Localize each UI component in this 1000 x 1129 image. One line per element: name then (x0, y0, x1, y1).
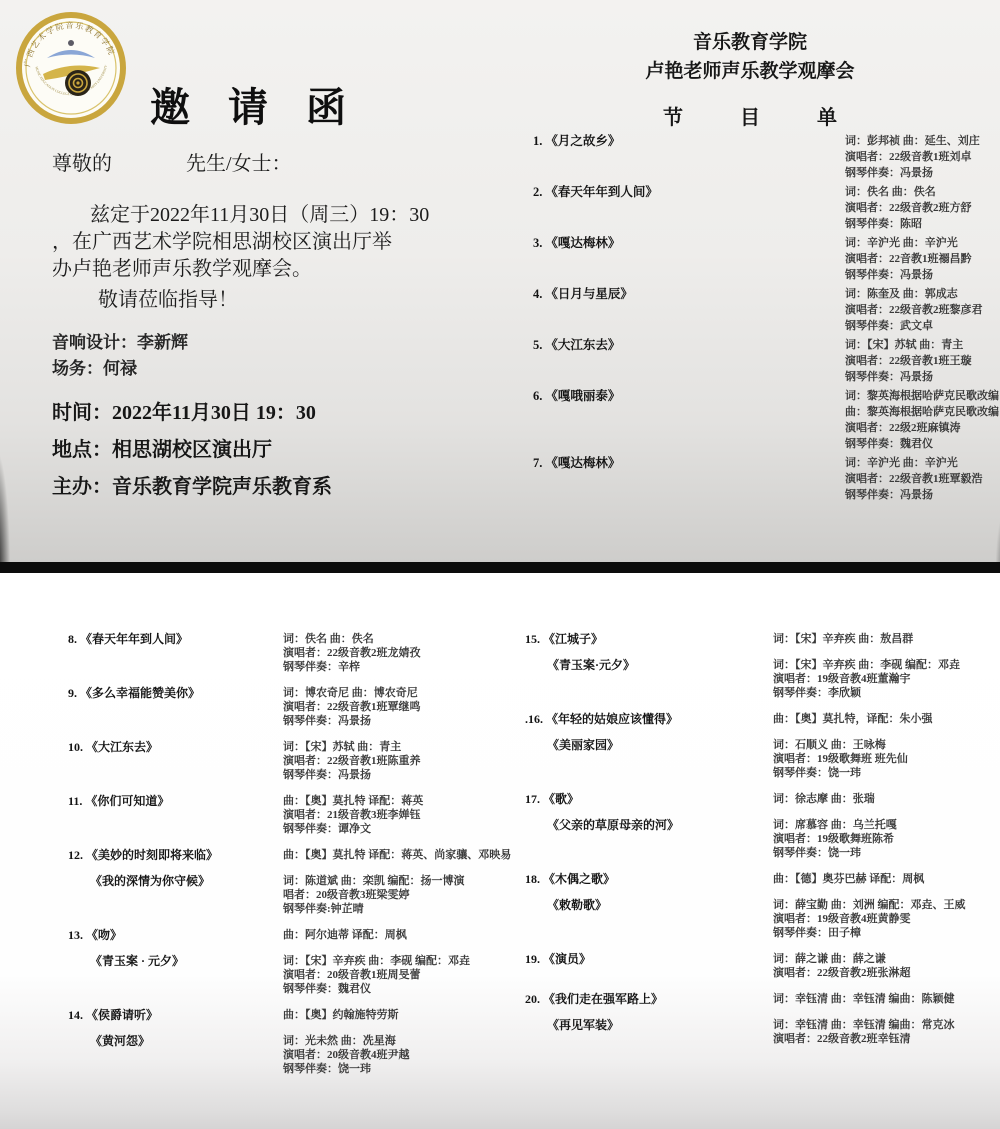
song-title: 《大江东去》 (86, 740, 158, 754)
program-items-15-20: 15.《江城子》词：【宋】辛弃疾 曲：敖昌群《青玉案·元夕》词：【宋】辛弃疾 曲… (510, 632, 998, 1058)
song-title-cell: 《青玉案 · 元夕》 (50, 954, 283, 969)
song-row: 20.《我们走在强军路上》词：幸钰清 曲：幸钰清 编曲：陈颖健 (510, 992, 998, 1007)
program-item: 20.《我们走在强军路上》词：幸钰清 曲：幸钰清 编曲：陈颖健《再见军装》词：幸… (510, 992, 998, 1046)
song-row: 15.《江城子》词：【宋】辛弃疾 曲：敖昌群 (510, 632, 998, 647)
program-item: 6.《嘎哦丽泰》词：黎英海根据哈萨克民歌改编曲：黎英海根据哈萨克民歌改编演唱者：… (500, 388, 998, 452)
song-details: 曲：【奥】莫扎特 译配：蒋英、尚家骧、邓映易 (283, 848, 520, 862)
song-row: 12.《美妙的时刻即将来临》曲：【奥】莫扎特 译配：蒋英、尚家骧、邓映易 (50, 848, 520, 863)
detail-line: 演唱者：22级音教1班陈重养 (283, 754, 520, 768)
detail-line: 演唱者：20级音教1班周旻蕾 (283, 968, 520, 982)
song-title-cell: 6.《嘎哦丽泰》 (500, 388, 845, 404)
song-row: 1.《月之故乡》词：彭邦祯 曲：延生、刘庄演唱者：22级音教1班刘卓钢琴伴奏：冯… (500, 133, 998, 181)
song-title-cell: 《黄河怨》 (50, 1034, 283, 1049)
song-title-cell: 17.《歌》 (510, 792, 773, 807)
program-item: 2.《春天年年到人间》词：佚名 曲：佚名演唱者：22级音教2班方舒钢琴伴奏：陈昭 (500, 184, 998, 232)
detail-line: 钢琴伴奏：冯景扬 (845, 487, 998, 503)
detail-line: 演唱者：22级音教2班黎彦君 (845, 302, 998, 318)
song-row: 3.《嘎达梅林》词：辛沪光 曲：辛沪光演唱者：22音教1班禤昌黔钢琴伴奏：冯景扬 (500, 235, 998, 283)
song-title-cell: 14.《侯爵请听》 (50, 1008, 283, 1023)
detail-line: 词：辛沪光 曲：辛沪光 (845, 455, 998, 471)
detail-line: 演唱者：19级音教4班黄静雯 (773, 912, 998, 926)
song-row: 《青玉案·元夕》词：【宋】辛弃疾 曲：李砚 编配：邓垚演唱者：19级音教4班董瀚… (510, 658, 998, 700)
song-title-cell: 《我的深情为你守候》 (50, 874, 283, 889)
program-item: 18.《木偶之歌》曲：【德】奥芬巴赫 译配：周枫《敕勒歌》词：薛宝勤 曲：刘洲 … (510, 872, 998, 940)
song-details: 词：【宋】苏轼 曲：青主演唱者：22级音教1班陈重养钢琴伴奏：冯景扬 (283, 740, 520, 782)
program-items-1-7: 1.《月之故乡》词：彭邦祯 曲：延生、刘庄演唱者：22级音教1班刘卓钢琴伴奏：冯… (500, 133, 998, 506)
detail-line: 演唱者：21级音教3班李婵钰 (283, 808, 520, 822)
song-title-cell: 《青玉案·元夕》 (510, 658, 773, 673)
detail-line: 演唱者：19级音教4班董瀚宇 (773, 672, 998, 686)
detail-line: 曲：【奥】约翰施特劳斯 (283, 1008, 520, 1022)
detail-line: 钢琴伴奏：武文卓 (845, 318, 998, 334)
detail-line: 钢琴伴奏：李欣颖 (773, 686, 998, 700)
detail-line: 词：陈奎及 曲：郭成志 (845, 286, 998, 302)
song-title: 《江城子》 (543, 632, 603, 646)
detail-line: 演唱者：22音教1班禤昌黔 (845, 251, 998, 267)
song-title: 《敕勒歌》 (547, 898, 607, 912)
item-number: 10. (68, 740, 83, 754)
item-number: .16. (525, 712, 543, 726)
item-number: 11. (68, 794, 82, 808)
detail-line: 词：黎英海根据哈萨克民歌改编 (845, 388, 999, 404)
detail-line: 钢琴伴奏：陈昭 (845, 216, 998, 232)
song-title-cell: 1.《月之故乡》 (500, 133, 845, 149)
item-number: 2. (533, 185, 542, 199)
song-title-cell: 11.《你们可知道》 (50, 794, 283, 809)
item-number: 8. (68, 632, 77, 646)
detail-line: 词：席慕容 曲：乌兰托嘎 (773, 818, 998, 832)
item-number: 1. (533, 134, 542, 148)
item-number: 9. (68, 686, 77, 700)
song-details: 词：辛沪光 曲：辛沪光演唱者：22级音教1班覃毅浩钢琴伴奏：冯景扬 (845, 455, 998, 503)
song-title: 《春天年年到人间》 (80, 632, 188, 646)
program-item: 17.《歌》词：徐志摩 曲：张瑞《父亲的草原母亲的河》词：席慕容 曲：乌兰托嘎演… (510, 792, 998, 860)
program-items-8-14: 8.《春天年年到人间》词：佚名 曲：佚名演唱者：22级音教2班龙婧孜钢琴伴奏：辛… (50, 632, 520, 1088)
song-details: 曲：阿尔迪蒂 译配：周枫 (283, 928, 520, 942)
song-row: 《美丽家园》词：石顺义 曲：王咏梅演唱者：19级歌舞班 班先仙钢琴伴奏：饶一玮 (510, 738, 998, 780)
song-title: 《年轻的姑娘应该懂得》 (546, 712, 678, 726)
salutation-suffix: 先生/女士： (186, 153, 292, 175)
detail-line: 曲：【奥】莫扎特 译配：蒋英、尚家骧、邓映易 (283, 848, 520, 862)
song-title: 《日月与星辰》 (545, 287, 633, 301)
detail-line: 钢琴伴奏：谭净文 (283, 822, 520, 836)
song-title: 《多么幸福能赞美你》 (80, 686, 200, 700)
song-title: 《嘎哦丽泰》 (545, 389, 620, 403)
detail-line: 曲：【奥】莫扎特 译配：蒋英 (283, 794, 520, 808)
song-row: 8.《春天年年到人间》词：佚名 曲：佚名演唱者：22级音教2班龙婧孜钢琴伴奏：辛… (50, 632, 520, 674)
event-time: 时间：2022年11月30日 19：30 (52, 395, 492, 432)
detail-line: 演唱者：20级音教4班尹越 (283, 1048, 520, 1062)
song-title: 《月之故乡》 (545, 134, 620, 148)
item-number: 20. (525, 992, 540, 1006)
detail-line: 唱者：20级音教3班梁雯婷 (283, 888, 520, 902)
program-item: 8.《春天年年到人间》词：佚名 曲：佚名演唱者：22级音教2班龙婧孜钢琴伴奏：辛… (50, 632, 520, 674)
song-title-cell: 8.《春天年年到人间》 (50, 632, 283, 647)
song-details: 词：薛之谦 曲：薛之谦演唱者：22级音教2班张淋超 (773, 952, 998, 980)
song-title: 《嘎达梅林》 (545, 456, 620, 470)
song-details: 词：石顺义 曲：王咏梅演唱者：19级歌舞班 班先仙钢琴伴奏：饶一玮 (773, 738, 998, 780)
detail-line: 演唱者：22级音教1班王璇 (845, 353, 998, 369)
detail-line: 词：薛之谦 曲：薛之谦 (773, 952, 998, 966)
song-row: 《再见军装》词：幸钰清 曲：幸钰清 编曲：常克冰演唱者：22级音教2班幸钰清 (510, 1018, 998, 1046)
detail-line: 词：彭邦祯 曲：延生、刘庄 (845, 133, 998, 149)
song-title: 《青玉案·元夕》 (547, 658, 635, 672)
detail-line: 词：徐志摩 曲：张瑞 (773, 792, 998, 806)
detail-line: 演唱者：19级歌舞班陈希 (773, 832, 998, 846)
item-number: 15. (525, 632, 540, 646)
song-row: 5.《大江东去》词：【宋】苏轼 曲：青主演唱者：22级音教1班王璇钢琴伴奏：冯景… (500, 337, 998, 385)
item-number: 3. (533, 236, 542, 250)
detail-line: 词：【宋】辛弃疾 曲：李砚 编配：邓垚 (773, 658, 998, 672)
detail-line: 词：幸钰清 曲：幸钰清 编曲：常克冰 (773, 1018, 998, 1032)
program-item: 5.《大江东去》词：【宋】苏轼 曲：青主演唱者：22级音教1班王璇钢琴伴奏：冯景… (500, 337, 998, 385)
item-number: 13. (68, 928, 83, 942)
item-number: 19. (525, 952, 540, 966)
item-number: 17. (525, 792, 540, 806)
detail-line: 钢琴伴奏：冯景扬 (845, 165, 998, 181)
event-place: 地点：相思湖校区演出厅 (52, 432, 492, 469)
song-title-cell: 7.《嘎达梅林》 (500, 455, 845, 471)
detail-line: 词：【宋】辛弃疾 曲：敖昌群 (773, 632, 998, 646)
invite-line: 敬请莅临指导！ (52, 287, 492, 314)
detail-line: 钢琴伴奏：魏君仪 (283, 982, 520, 996)
song-title: 《美妙的时刻即将来临》 (86, 848, 218, 862)
song-details: 词：佚名 曲：佚名演唱者：22级音教2班龙婧孜钢琴伴奏：辛梓 (283, 632, 520, 674)
salutation-prefix: 尊敬的 (52, 153, 112, 175)
sound-design-credit: 音响设计：李新辉 (52, 330, 492, 356)
song-title: 《美丽家园》 (547, 738, 619, 752)
detail-line: 演唱者：22级音教1班覃毅浩 (845, 471, 998, 487)
program-item: 13.《吻》曲：阿尔迪蒂 译配：周枫《青玉案 · 元夕》词：【宋】辛弃疾 曲：李… (50, 928, 520, 996)
song-row: 7.《嘎达梅林》词：辛沪光 曲：辛沪光演唱者：22级音教1班覃毅浩钢琴伴奏：冯景… (500, 455, 998, 503)
item-number: 6. (533, 389, 542, 403)
song-title: 《春天年年到人间》 (545, 185, 658, 199)
detail-line: 演唱者：22级2班麻镇涛 (845, 420, 999, 436)
program-item: 15.《江城子》词：【宋】辛弃疾 曲：敖昌群《青玉案·元夕》词：【宋】辛弃疾 曲… (510, 632, 998, 700)
detail-line: 词：薛宝勤 曲：刘洲 编配：邓垚、王威 (773, 898, 998, 912)
song-row: 《父亲的草原母亲的河》词：席慕容 曲：乌兰托嘎演唱者：19级歌舞班陈希钢琴伴奏：… (510, 818, 998, 860)
paragraph-line: ，在广西艺术学院相思湖校区演出厅举 (52, 229, 492, 256)
song-title-cell: 20.《我们走在强军路上》 (510, 992, 773, 1007)
detail-line: 演唱者：22级音教2班张淋超 (773, 966, 998, 980)
detail-line: 钢琴伴奏:钟芷晴 (283, 902, 520, 916)
item-number: 7. (533, 456, 542, 470)
song-row: 13.《吻》曲：阿尔迪蒂 译配：周枫 (50, 928, 520, 943)
item-number: 18. (525, 872, 540, 886)
item-number: 14. (68, 1008, 83, 1022)
song-details: 词：陈奎及 曲：郭成志演唱者：22级音教2班黎彦君钢琴伴奏：武文卓 (845, 286, 998, 334)
college-seal-logo: 广西艺术学院音乐教育学院 MUSIC EDUCATION COLLEGE OF … (16, 12, 126, 124)
detail-line: 演唱者：22级音教2班方舒 (845, 200, 998, 216)
song-details: 曲：【奥】莫扎特 译配：蒋英演唱者：21级音教3班李婵钰钢琴伴奏：谭净文 (283, 794, 520, 836)
song-row: 《黄河怨》词：光未然 曲：冼星海演唱者：20级音教4班尹越钢琴伴奏：饶一玮 (50, 1034, 520, 1076)
credits-block: 音响设计：李新辉 场务：何禄 (52, 330, 492, 382)
invitation-page-photo: 广西艺术学院音乐教育学院 MUSIC EDUCATION COLLEGE OF … (0, 0, 1000, 562)
detail-line: 曲：【奥】莫扎特，译配：朱小强 (773, 712, 998, 726)
song-row: 《敕勒歌》词：薛宝勤 曲：刘洲 编配：邓垚、王威演唱者：19级音教4班黄静雯钢琴… (510, 898, 998, 940)
song-title: 《大江东去》 (545, 338, 620, 352)
detail-line: 钢琴伴奏：田子樟 (773, 926, 998, 940)
song-details: 曲：【德】奥芬巴赫 译配：周枫 (773, 872, 998, 886)
song-row: 4.《日月与星辰》词：陈奎及 曲：郭成志演唱者：22级音教2班黎彦君钢琴伴奏：武… (500, 286, 998, 334)
song-title-cell: 9.《多么幸福能赞美你》 (50, 686, 283, 701)
song-title: 《我的深情为你守候》 (90, 874, 210, 888)
song-title: 《黄河怨》 (90, 1034, 150, 1048)
song-row: 11.《你们可知道》曲：【奥】莫扎特 译配：蒋英演唱者：21级音教3班李婵钰钢琴… (50, 794, 520, 836)
college-name: 音乐教育学院 (500, 28, 1000, 57)
detail-line: 钢琴伴奏：冯景扬 (283, 768, 520, 782)
song-title-cell: 3.《嘎达梅林》 (500, 235, 845, 251)
detail-line: 词：博农奇尼 曲：博农奇尼 (283, 686, 520, 700)
song-details: 词：【宋】辛弃疾 曲：敖昌群 (773, 632, 998, 646)
program-item: .16.《年轻的姑娘应该懂得》曲：【奥】莫扎特，译配：朱小强《美丽家园》词：石顺… (510, 712, 998, 780)
program-item: 4.《日月与星辰》词：陈奎及 曲：郭成志演唱者：22级音教2班黎彦君钢琴伴奏：武… (500, 286, 998, 334)
song-details: 词：陈道斌 曲：栾凯 编配：扬一博演唱者：20级音教3班梁雯婷钢琴伴奏:钟芷晴 (283, 874, 520, 916)
item-number: 12. (68, 848, 83, 862)
song-title-cell: 2.《春天年年到人间》 (500, 184, 845, 200)
program-item: 1.《月之故乡》词：彭邦祯 曲：延生、刘庄演唱者：22级音教1班刘卓钢琴伴奏：冯… (500, 133, 998, 181)
song-row: 14.《侯爵请听》曲：【奥】约翰施特劳斯 (50, 1008, 520, 1023)
song-details: 词：彭邦祯 曲：延生、刘庄演唱者：22级音教1班刘卓钢琴伴奏：冯景扬 (845, 133, 998, 181)
detail-line: 曲：阿尔迪蒂 译配：周枫 (283, 928, 520, 942)
song-title: 《侯爵请听》 (86, 1008, 158, 1022)
detail-line: 演唱者：22级音教2班龙婧孜 (283, 646, 520, 660)
song-title: 《青玉案 · 元夕》 (90, 954, 184, 968)
song-row: 19.《演员》词：薛之谦 曲：薛之谦演唱者：22级音教2班张淋超 (510, 952, 998, 980)
invitation-body: 尊敬的先生/女士： 兹定于2022年11月30日（周三）19：30 ，在广西艺术… (52, 152, 492, 506)
program-item: 14.《侯爵请听》曲：【奥】约翰施特劳斯《黄河怨》词：光未然 曲：冼星海演唱者：… (50, 1008, 520, 1076)
item-number: 4. (533, 287, 542, 301)
song-row: 《我的深情为你守候》词：陈道斌 曲：栾凯 编配：扬一博演唱者：20级音教3班梁雯… (50, 874, 520, 916)
song-title-cell: 13.《吻》 (50, 928, 283, 943)
song-title-cell: 《父亲的草原母亲的河》 (510, 818, 773, 833)
program-item: 12.《美妙的时刻即将来临》曲：【奥】莫扎特 译配：蒋英、尚家骧、邓映易《我的深… (50, 848, 520, 916)
paragraph-line: 兹定于2022年11月30日（周三）19：30 (52, 202, 492, 229)
song-row: 10.《大江东去》词：【宋】苏轼 曲：青主演唱者：22级音教1班陈重养钢琴伴奏：… (50, 740, 520, 782)
song-row: 9.《多么幸福能赞美你》词：博农奇尼 曲：博农奇尼演唱者：22级音教1班覃继鸣钢… (50, 686, 520, 728)
detail-line: 曲：【德】奥芬巴赫 译配：周枫 (773, 872, 998, 886)
program-item: 7.《嘎达梅林》词：辛沪光 曲：辛沪光演唱者：22级音教1班覃毅浩钢琴伴奏：冯景… (500, 455, 998, 503)
salutation-line: 尊敬的先生/女士： (52, 152, 492, 176)
detail-line: 演唱者：22级音教1班覃继鸣 (283, 700, 520, 714)
detail-line: 演唱者：22级音教1班刘卓 (845, 149, 998, 165)
song-details: 词：幸钰清 曲：幸钰清 编曲：陈颖健 (773, 992, 998, 1006)
song-title: 《再见军装》 (547, 1018, 619, 1032)
program-item: 10.《大江东去》词：【宋】苏轼 曲：青主演唱者：22级音教1班陈重养钢琴伴奏：… (50, 740, 520, 782)
song-title-cell: 10.《大江东去》 (50, 740, 283, 755)
song-title-cell: 《敕勒歌》 (510, 898, 773, 913)
program-list-title: 节 目 单 (500, 101, 1000, 130)
song-details: 词：幸钰清 曲：幸钰清 编曲：常克冰演唱者：22级音教2班幸钰清 (773, 1018, 998, 1046)
detail-line: 演唱者：22级音教2班幸钰清 (773, 1032, 998, 1046)
song-title: 《嘎达梅林》 (545, 236, 620, 250)
song-title-cell: 4.《日月与星辰》 (500, 286, 845, 302)
program-item: 9.《多么幸福能赞美你》词：博农奇尼 曲：博农奇尼演唱者：22级音教1班覃继鸣钢… (50, 686, 520, 728)
detail-line: 钢琴伴奏：饶一玮 (773, 846, 998, 860)
concert-name: 卢艳老师声乐教学观摩会 (500, 57, 1000, 86)
detail-line: 词：幸钰清 曲：幸钰清 编曲：陈颖健 (773, 992, 998, 1006)
detail-line: 钢琴伴奏：饶一玮 (283, 1062, 520, 1076)
song-details: 词：博农奇尼 曲：博农奇尼演唱者：22级音教1班覃继鸣钢琴伴奏：冯景扬 (283, 686, 520, 728)
song-details: 词：【宋】苏轼 曲：青主演唱者：22级音教1班王璇钢琴伴奏：冯景扬 (845, 337, 998, 385)
photo-divider (0, 562, 1000, 573)
detail-line: 词：光未然 曲：冼星海 (283, 1034, 520, 1048)
song-details: 词：辛沪光 曲：辛沪光演唱者：22音教1班禤昌黔钢琴伴奏：冯景扬 (845, 235, 998, 283)
song-title-cell: 19.《演员》 (510, 952, 773, 967)
program-item: 3.《嘎达梅林》词：辛沪光 曲：辛沪光演唱者：22音教1班禤昌黔钢琴伴奏：冯景扬 (500, 235, 998, 283)
song-details: 曲：【奥】约翰施特劳斯 (283, 1008, 520, 1022)
song-details: 词：黎英海根据哈萨克民歌改编曲：黎英海根据哈萨克民歌改编演唱者：22级2班麻镇涛… (845, 388, 999, 452)
program-item: 11.《你们可知道》曲：【奥】莫扎特 译配：蒋英演唱者：21级音教3班李婵钰钢琴… (50, 794, 520, 836)
detail-line: 词：辛沪光 曲：辛沪光 (845, 235, 998, 251)
song-title-cell: 《美丽家园》 (510, 738, 773, 753)
song-title-cell: 5.《大江东去》 (500, 337, 845, 353)
event-organizer: 主办：音乐教育学院声乐教育系 (52, 469, 492, 506)
item-number: 5. (533, 338, 542, 352)
detail-line: 词：【宋】苏轼 曲：青主 (283, 740, 520, 754)
song-title-cell: 18.《木偶之歌》 (510, 872, 773, 887)
song-details: 词：席慕容 曲：乌兰托嘎演唱者：19级歌舞班陈希钢琴伴奏：饶一玮 (773, 818, 998, 860)
paragraph-line: 办卢艳老师声乐教学观摩会。 (52, 256, 492, 283)
program-header: 音乐教育学院 卢艳老师声乐教学观摩会 节 目 单 (500, 28, 1000, 130)
detail-line: 钢琴伴奏：魏君仪 (845, 436, 999, 452)
song-row: 17.《歌》词：徐志摩 曲：张瑞 (510, 792, 998, 807)
invitation-paragraph: 兹定于2022年11月30日（周三）19：30 ，在广西艺术学院相思湖校区演出厅… (52, 202, 492, 283)
detail-line: 词：【宋】辛弃疾 曲：李砚 编配：邓垚 (283, 954, 520, 968)
song-title-cell: 15.《江城子》 (510, 632, 773, 647)
song-title: 《歌》 (543, 792, 579, 806)
detail-line: 钢琴伴奏：饶一玮 (773, 766, 998, 780)
song-title: 《你们可知道》 (85, 794, 169, 808)
song-title-cell: .16.《年轻的姑娘应该懂得》 (510, 712, 773, 727)
program-item: 19.《演员》词：薛之谦 曲：薛之谦演唱者：22级音教2班张淋超 (510, 952, 998, 980)
song-details: 词：光未然 曲：冼星海演唱者：20级音教4班尹越钢琴伴奏：饶一玮 (283, 1034, 520, 1076)
song-title-cell: 12.《美妙的时刻即将来临》 (50, 848, 283, 863)
detail-line: 词：【宋】苏轼 曲：青主 (845, 337, 998, 353)
detail-line: 钢琴伴奏：冯景扬 (283, 714, 520, 728)
song-row: 18.《木偶之歌》曲：【德】奥芬巴赫 译配：周枫 (510, 872, 998, 887)
song-title: 《我们走在强军路上》 (543, 992, 663, 1006)
detail-line: 演唱者：19级歌舞班 班先仙 (773, 752, 998, 766)
detail-line: 钢琴伴奏：冯景扬 (845, 369, 998, 385)
song-title: 《父亲的草原母亲的河》 (547, 818, 679, 832)
detail-line: 曲：黎英海根据哈萨克民歌改编 (845, 404, 999, 420)
song-row: 《青玉案 · 元夕》词：【宋】辛弃疾 曲：李砚 编配：邓垚演唱者：20级音教1班… (50, 954, 520, 996)
song-row: 2.《春天年年到人间》词：佚名 曲：佚名演唱者：22级音教2班方舒钢琴伴奏：陈昭 (500, 184, 998, 232)
song-details: 词：薛宝勤 曲：刘洲 编配：邓垚、王威演唱者：19级音教4班黄静雯钢琴伴奏：田子… (773, 898, 998, 940)
invitation-title: 邀 请 函 (150, 76, 360, 133)
stage-affairs-credit: 场务：何禄 (52, 356, 492, 382)
song-details: 词：徐志摩 曲：张瑞 (773, 792, 998, 806)
song-details: 词：佚名 曲：佚名演唱者：22级音教2班方舒钢琴伴奏：陈昭 (845, 184, 998, 232)
song-details: 词：【宋】辛弃疾 曲：李砚 编配：邓垚演唱者：20级音教1班周旻蕾钢琴伴奏：魏君… (283, 954, 520, 996)
event-info-block: 时间：2022年11月30日 19：30 地点：相思湖校区演出厅 主办：音乐教育… (52, 395, 492, 506)
song-title: 《吻》 (86, 928, 122, 942)
detail-line: 钢琴伴奏：辛梓 (283, 660, 520, 674)
song-row: .16.《年轻的姑娘应该懂得》曲：【奥】莫扎特，译配：朱小强 (510, 712, 998, 727)
detail-line: 词：陈道斌 曲：栾凯 编配：扬一博演 (283, 874, 520, 888)
song-title: 《演员》 (543, 952, 591, 966)
song-row: 6.《嘎哦丽泰》词：黎英海根据哈萨克民歌改编曲：黎英海根据哈萨克民歌改编演唱者：… (500, 388, 998, 452)
detail-line: 钢琴伴奏：冯景扬 (845, 267, 998, 283)
detail-line: 词：佚名 曲：佚名 (283, 632, 520, 646)
detail-line: 词：石顺义 曲：王咏梅 (773, 738, 998, 752)
song-details: 曲：【奥】莫扎特，译配：朱小强 (773, 712, 998, 726)
song-details: 词：【宋】辛弃疾 曲：李砚 编配：邓垚演唱者：19级音教4班董瀚宇钢琴伴奏：李欣… (773, 658, 998, 700)
song-title: 《木偶之歌》 (543, 872, 615, 886)
song-title-cell: 《再见军装》 (510, 1018, 773, 1033)
detail-line: 词：佚名 曲：佚名 (845, 184, 998, 200)
